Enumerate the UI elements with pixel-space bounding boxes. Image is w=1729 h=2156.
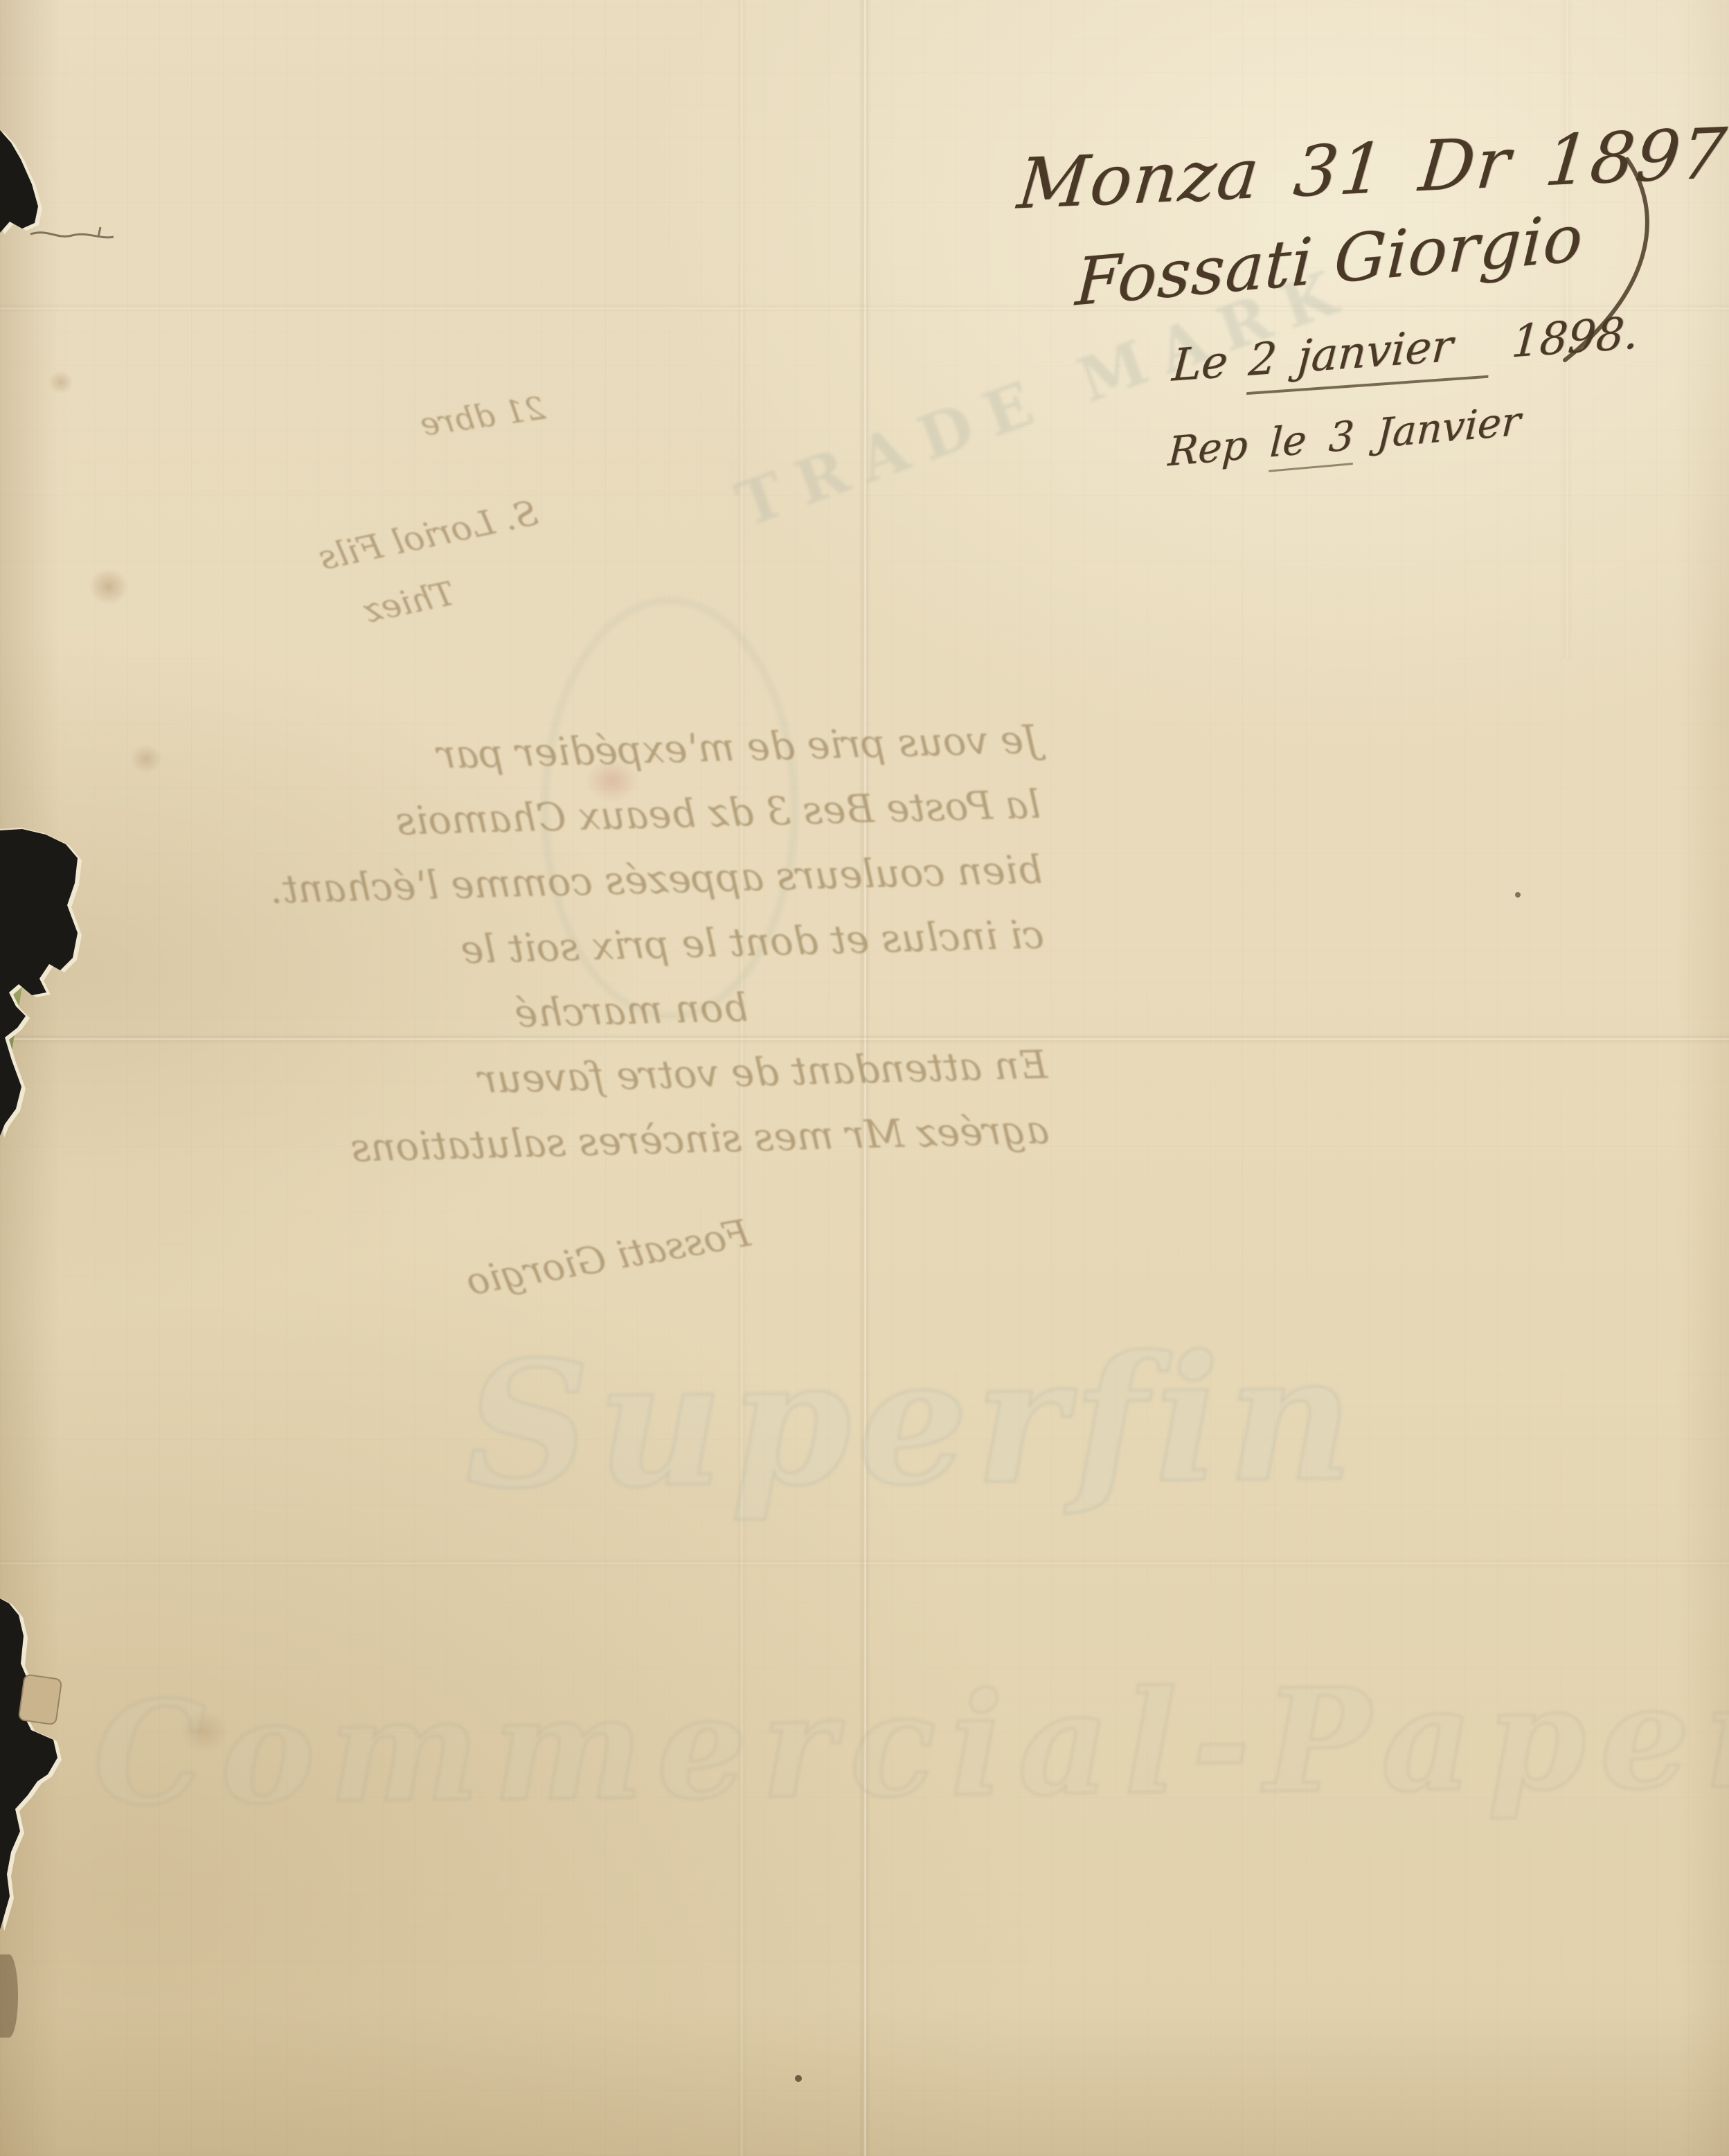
horizontal-crease-lower <box>0 1558 1729 1568</box>
bleedthrough-body: Je vous prie de m'expédier par la Poste … <box>319 708 1050 1182</box>
edge-shadow-sliver <box>0 1954 18 2038</box>
watermark-superfin: Superfin <box>465 1315 1361 1526</box>
torn-edge-bottom-left <box>0 1598 66 1934</box>
stain-spot <box>48 371 73 394</box>
ink-fleck <box>1515 892 1521 898</box>
ink-fleck <box>795 2075 802 2082</box>
ink-flourish <box>1523 152 1676 374</box>
replied-underlined: le 3 <box>1269 411 1356 472</box>
received-prefix: Le <box>1170 335 1251 392</box>
tear-crack-line <box>29 223 119 248</box>
watermark-commercial-paper: Commercial-Paper <box>93 1653 1729 1837</box>
torn-paper-flap <box>18 1673 63 1725</box>
stain-spot <box>130 745 162 774</box>
bleedthrough-line: bon marché <box>325 976 749 1052</box>
torn-edge-middle-left <box>0 828 87 1136</box>
stain-spot <box>89 568 129 605</box>
horizontal-crease-upper <box>0 303 1729 313</box>
replied-prefix: Rep <box>1167 419 1271 475</box>
scanned-letter-page: TRADE MARK Superfin Commercial-Paper 21 … <box>0 0 1729 2156</box>
